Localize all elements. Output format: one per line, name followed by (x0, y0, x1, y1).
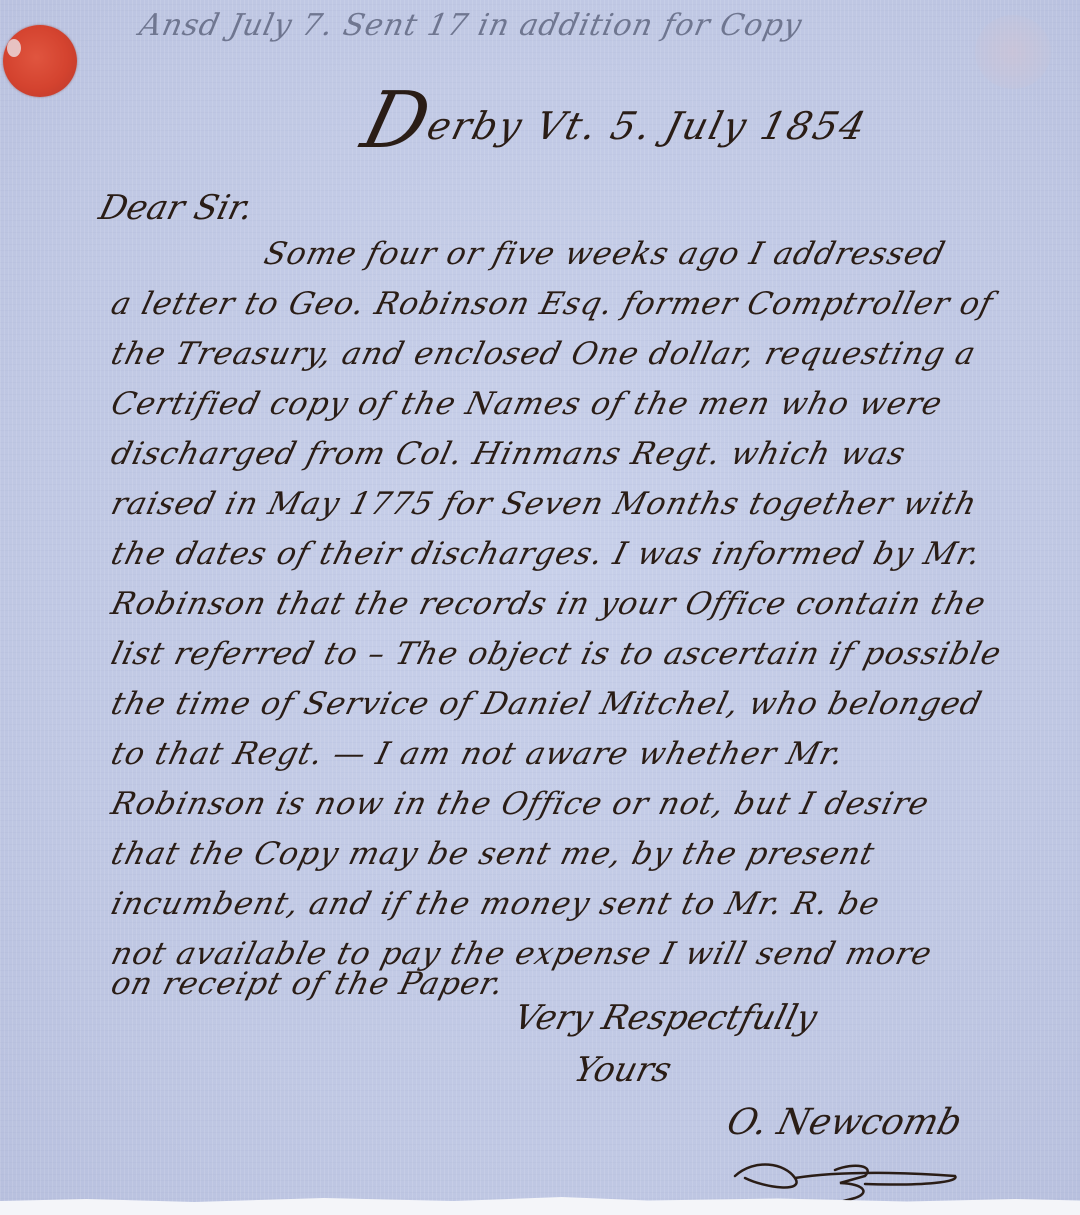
body-line: Certified copy of the Names of the men w… (108, 386, 947, 422)
signature: O. Newcomb (723, 1102, 966, 1143)
body-line: Robinson is now in the Office or not, bu… (108, 786, 934, 822)
body-line: raised in May 1775 for Seven Months toge… (108, 486, 981, 522)
dateline: Derby Vt. 5. July 1854 (355, 82, 877, 160)
body-line: the dates of their discharges. I was inf… (108, 536, 985, 572)
signature-flourish-icon (725, 1148, 965, 1205)
body-line: discharged from Col. Hinmans Regt. which… (108, 436, 910, 472)
letter-page: Ansd July 7. Sent 17 in addition for Cop… (0, 0, 1080, 1205)
pencil-annotation: Ansd July 7. Sent 17 in addition for Cop… (136, 8, 805, 43)
dateline-initial: D (354, 76, 441, 166)
body-line: a letter to Geo. Robinson Esq. former Co… (108, 286, 998, 322)
closing-yours: Yours (570, 1050, 676, 1090)
red-wax-seal (3, 25, 77, 97)
faded-seal-mark (975, 15, 1051, 89)
body-line: Robinson that the records in your Office… (108, 586, 990, 622)
body-line: incumbent, and if the money sent to Mr. … (108, 886, 884, 922)
body-line: to that Regt. — I am not aware whether M… (108, 736, 848, 772)
dateline-text: erby Vt. 5. July 1854 (423, 104, 872, 148)
body-line: that the Copy may be sent me, by the pre… (108, 836, 879, 872)
closing: Very Respectfully (510, 998, 821, 1038)
body-line: the Treasury, and enclosed One dollar, r… (108, 336, 980, 372)
body-line: the time of Service of Daniel Mitchel, w… (108, 686, 986, 722)
body-line: Some four or five weeks ago I addressed (261, 236, 950, 272)
body-line: on receipt of the Paper. (108, 966, 508, 1002)
body-line: list referred to – The object is to asce… (108, 636, 1006, 672)
salutation: Dear Sir. (95, 188, 257, 228)
